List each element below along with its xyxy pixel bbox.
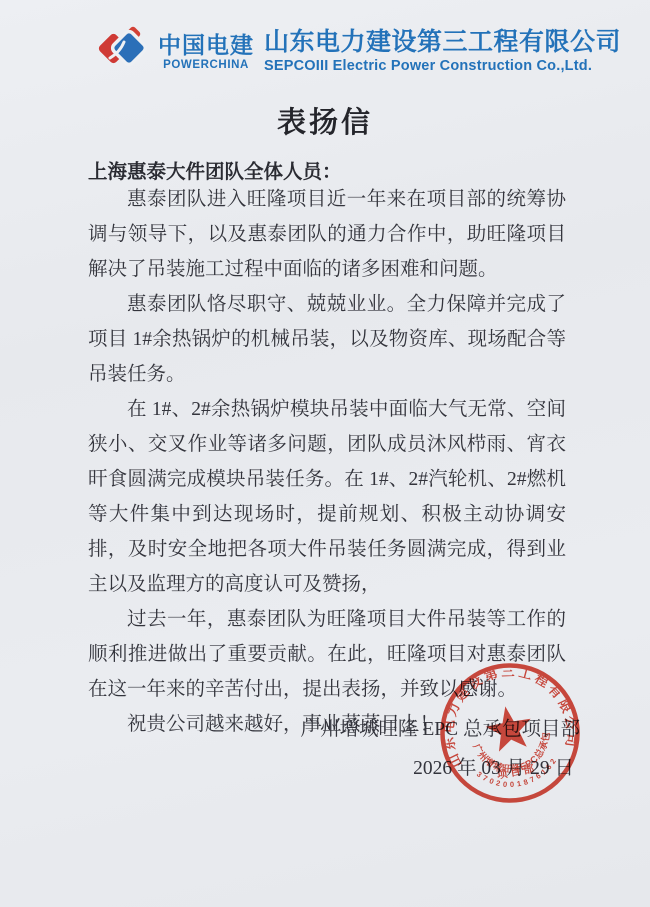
company-letterhead: 中国电建 POWERCHINA 山东电力建设第三工程有限公司 SEPCOIII … xyxy=(94,26,610,78)
letter-paragraph: 惠泰团队进入旺隆项目近一年来在项目部的统筹协调与领导下，以及惠泰团队的通力合作中… xyxy=(88,182,566,287)
seal-star-icon xyxy=(483,702,535,753)
brand-name-en: POWERCHINA xyxy=(158,58,254,72)
company-block: 山东电力建设第三工程有限公司 SEPCOIII Electric Power C… xyxy=(264,28,621,76)
company-name-en: SEPCOIII Electric Power Construction Co.… xyxy=(264,57,621,76)
letter-salutation: 上海惠泰大件团队全体人员： xyxy=(88,156,342,184)
company-name-cn: 山东电力建设第三工程有限公司 xyxy=(264,28,621,57)
official-red-seal: 山东电力建设第三工程有限公司 广州增城旺隆EPC总承包 项目部 37020018… xyxy=(423,646,597,820)
brand-block: 中国电建 POWERCHINA xyxy=(158,32,254,72)
letter-paragraph: 惠泰团队恪尽职守、兢兢业业。全力保障并完成了项目 1#余热锅炉的机械吊装，以及物… xyxy=(88,287,566,392)
brand-name-cn: 中国电建 xyxy=(158,32,254,58)
letter-paragraph: 在 1#、2#余热锅炉模块吊装中面临大气无常、空间狭小、交叉作业等诸多问题，团队… xyxy=(88,392,566,602)
scanned-letter-page: 中国电建 POWERCHINA 山东电力建设第三工程有限公司 SEPCOIII … xyxy=(0,0,650,907)
letter-title: 表扬信 xyxy=(0,100,650,141)
letter-body: 惠泰团队进入旺隆项目近一年来在项目部的统筹协调与领导下，以及惠泰团队的通力合作中… xyxy=(88,182,566,742)
powerchina-logo-icon xyxy=(94,26,152,78)
